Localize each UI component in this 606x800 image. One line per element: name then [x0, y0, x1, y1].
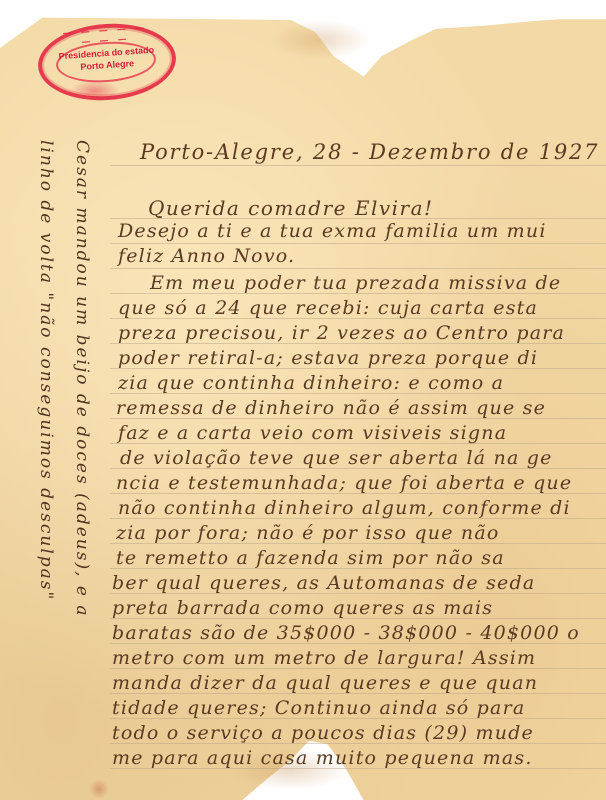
- body-line: remessa de dinheiro não é assim que se: [116, 397, 546, 419]
- body-line: ncia e testemunhada; que foi aberta e qu…: [116, 472, 572, 494]
- stain-spot: [270, 20, 370, 60]
- body-line: todo o serviço a poucos dias (29) mude: [112, 722, 534, 744]
- margin-note-vertical: linho de volta "não conseguimos desculpa…: [36, 140, 56, 601]
- body-line: preza precisou, ir 2 vezes ao Centro par…: [118, 322, 565, 344]
- margin-note-vertical: Cesar mandou um beijo de doces (adeus), …: [72, 140, 92, 618]
- body-line: baratas são de 35$000 - 38$000 - 40$000 …: [112, 622, 580, 644]
- stain-spot: [88, 780, 110, 798]
- salutation: Querida comadre Elvira!: [148, 196, 434, 220]
- body-line: manda dizer da qual queres e que quan: [112, 672, 538, 694]
- stamp-smudge: [70, 80, 120, 102]
- body-line: tidade queres; Continuo ainda só para: [112, 697, 525, 719]
- body-line: metro com um metro de largura! Assim: [112, 647, 536, 669]
- body-line: zia por fora; não é por isso que não: [116, 522, 500, 544]
- body-line: poder retiral-a; estava preza porque di: [118, 347, 538, 369]
- body-line: me para aqui casa muito pequena mas.: [112, 747, 533, 769]
- body-line: feliz Anno Novo.: [118, 245, 295, 267]
- body-line: preta barrada como queres as mais: [112, 597, 493, 619]
- ruled-line: [110, 268, 606, 269]
- body-line: te remetto a fazenda sim por não sa: [116, 547, 505, 569]
- body-line: faz e a carta veio com visiveis signa: [118, 422, 507, 444]
- ruled-line: [110, 243, 606, 244]
- body-line: ber qual queres, as Automanas de seda: [112, 572, 535, 594]
- ruled-line: [110, 165, 606, 166]
- body-line: não continha dinheiro algum, conforme di: [118, 497, 571, 519]
- place-date-heading: Porto-Alegre, 28 - Dezembro de 1927: [140, 140, 599, 164]
- body-line: que só a 24 que recebi: cuja carta esta: [118, 297, 538, 319]
- body-line: de violação teve que ser aberta lá na ge: [120, 447, 553, 469]
- body-line: zia que continha dinheiro: e como a: [118, 372, 504, 394]
- body-line: Em meu poder tua prezada missiva de: [150, 272, 561, 294]
- body-line: Desejo a ti e a tua exma familia um mui: [118, 220, 547, 242]
